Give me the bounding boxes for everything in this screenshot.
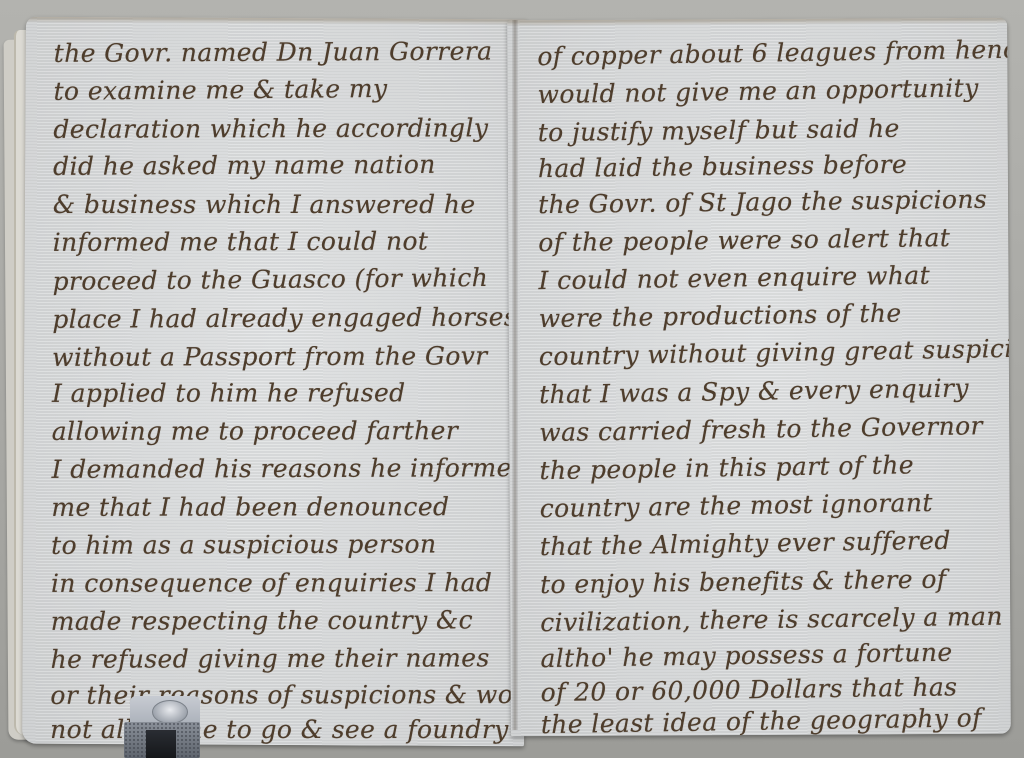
sharpener-hole (152, 700, 188, 724)
text-line: he refused giving me their names (50, 643, 489, 674)
text-line: the people in this part of the (539, 450, 914, 485)
text-line: informed me that I could not (53, 227, 429, 257)
text-line: the Govr. named Dn Juan Gorrera (54, 37, 493, 68)
text-line: & business which I answered he (53, 190, 476, 219)
text-line: were the productions of the (538, 298, 901, 333)
pencil-sharpener (124, 696, 202, 758)
text-line: country are the most ignorant (539, 488, 933, 523)
right-page-text: of copper about 6 leagues from hence wou… (507, 18, 1011, 737)
text-line: place I had already engaged horses) (52, 302, 527, 333)
text-line: that the Almighty ever suffered (540, 526, 951, 561)
text-line: without a Passport from the Govr (52, 341, 488, 372)
right-page: of copper about 6 leagues from hence wou… (507, 18, 1011, 737)
text-line: or their reasons of suspicions & would (50, 680, 528, 710)
book-gutter (512, 20, 518, 730)
text-line: proceed to the Guasco (for which (52, 263, 488, 296)
text-line: country without giving great suspicion (539, 333, 1011, 371)
text-line: in consequence of enquiries I had (51, 568, 492, 598)
text-line: made respecting the country &c (51, 605, 473, 635)
text-line: to enjoy his benefits & there of (540, 564, 947, 599)
text-line: to justify myself but said he (538, 114, 900, 147)
text-line: declaration which he accordingly (53, 113, 488, 144)
left-page-text: the Govr. named Dn Juan Gorrera to exami… (22, 17, 528, 747)
text-line: I applied to him he refused (52, 378, 406, 408)
text-line: to examine me & take my (53, 74, 387, 106)
text-line: of 20 or 60,000 Dollars that has (540, 672, 957, 707)
text-line: civilization, there is scarcely a man (540, 602, 1003, 637)
text-line: had laid the business before (538, 150, 907, 184)
text-line: was carried fresh to the Governor (539, 411, 983, 447)
text-line: of the people were so alert that (538, 223, 950, 257)
text-line: not allow me to go & see a foundry (50, 715, 509, 744)
sharpener-blade-slot (146, 730, 176, 758)
text-line: did he asked my name nation (53, 150, 436, 181)
text-line: I demanded his reasons he informed (51, 453, 527, 484)
text-line: the Govr. of St Jago the suspicions (538, 185, 987, 219)
text-line: of copper about 6 leagues from hence (537, 34, 1011, 71)
text-line: me that I had been denounced (51, 492, 449, 522)
text-line: allowing me to proceed farther (52, 416, 458, 446)
text-line: to him as a suspicious person (51, 529, 436, 559)
text-line: would not give me an opportunity (537, 73, 979, 109)
left-page: the Govr. named Dn Juan Gorrera to exami… (22, 17, 528, 747)
text-line: I could not even enquire what (538, 261, 930, 295)
text-line: altho' he may possess a fortune (540, 638, 953, 673)
text-line: that I was a Spy & every enquiry (539, 373, 969, 409)
text-line: the least idea of the geography of (541, 703, 982, 736)
